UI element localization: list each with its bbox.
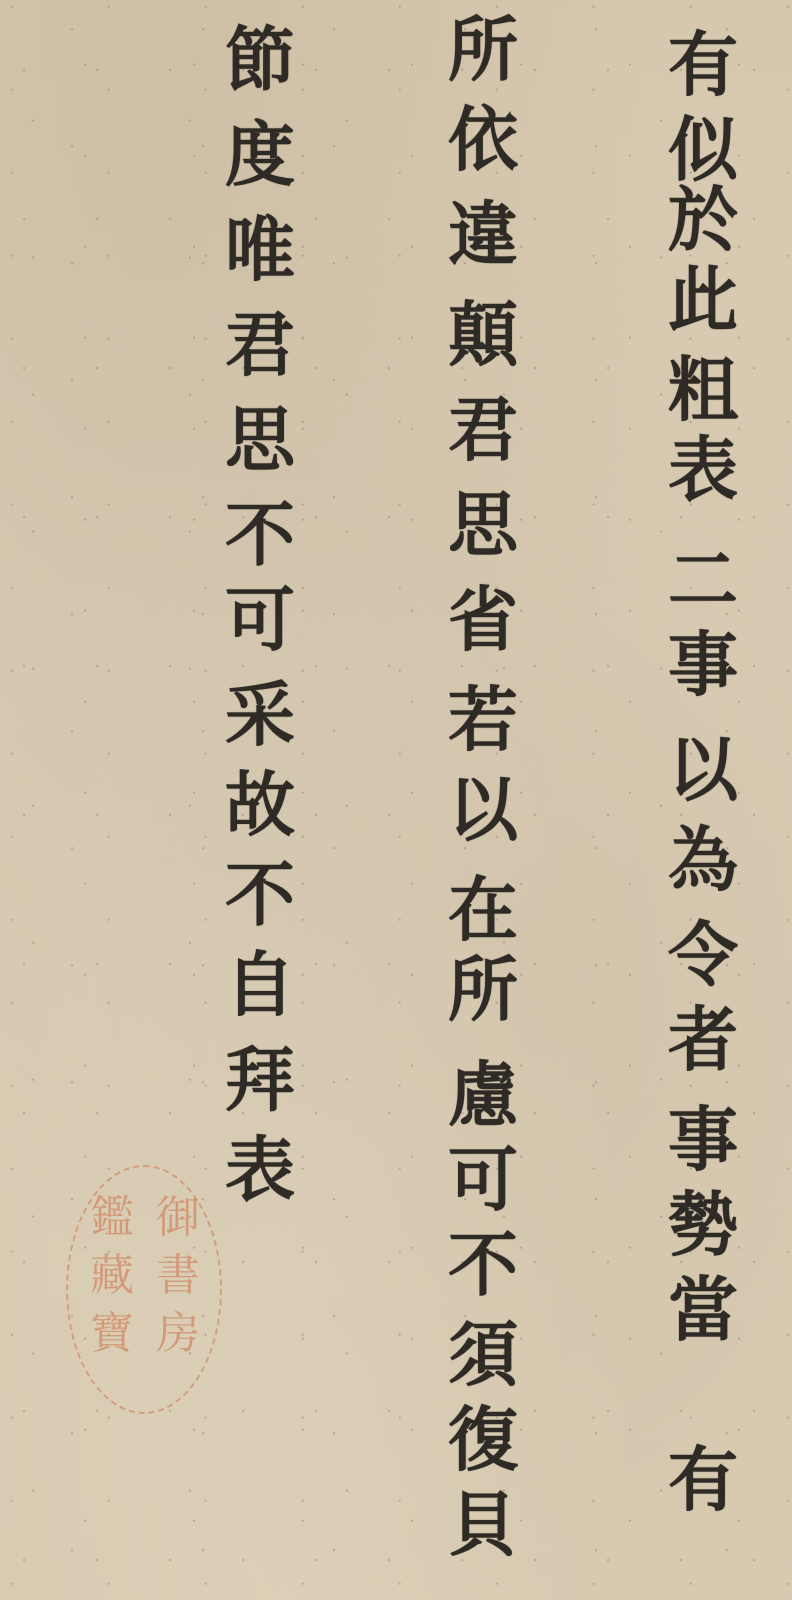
calligraphy-character: 當 — [648, 1270, 758, 1350]
calligraphy-character: 事 — [648, 625, 758, 705]
seal-character: 書 — [156, 1247, 200, 1305]
calligraphy-character: 不 — [428, 1225, 538, 1305]
calligraphy-character: 表 — [205, 1130, 315, 1210]
calligraphy-character: 節 — [205, 20, 315, 100]
calligraphy-character: 思 — [205, 400, 315, 480]
calligraphy-character: 省 — [428, 580, 538, 660]
calligraphy-character: 拜 — [205, 1040, 315, 1120]
calligraphy-character: 貝 — [428, 1485, 538, 1565]
calligraphy-character: 度 — [205, 115, 315, 195]
seal-character: 寶 — [90, 1305, 134, 1363]
calligraphy-character: 有 — [648, 25, 758, 105]
calligraphy-character: 故 — [205, 765, 315, 845]
calligraphy-character: 可 — [428, 1140, 538, 1220]
calligraphy-character: 須 — [428, 1315, 538, 1395]
calligraphy-character: 以 — [648, 730, 758, 810]
calligraphy-character: 君 — [205, 305, 315, 385]
calligraphy-character: 君 — [428, 390, 538, 470]
calligraphy-character: 以 — [428, 770, 538, 850]
calligraphy-column-middle: 所依違顛君思省若以在所慮可不須復貝 — [428, 0, 538, 1600]
calligraphy-character: 二 — [648, 540, 758, 620]
calligraphy-character: 自 — [205, 945, 315, 1025]
calligraphy-character: 所 — [428, 950, 538, 1030]
seal-character: 房 — [156, 1305, 200, 1363]
calligraphy-character: 者 — [648, 1000, 758, 1080]
calligraphy-character: 顛 — [428, 295, 538, 375]
calligraphy-character: 若 — [428, 680, 538, 760]
calligraphy-character: 粗 — [648, 350, 758, 430]
calligraphy-character: 此 — [648, 260, 758, 340]
seal-left-column: 鑑藏寶 — [82, 1189, 142, 1363]
calligraphy-character: 表 — [648, 430, 758, 510]
calligraphy-character: 慮 — [428, 1055, 538, 1135]
calligraphy-character: 采 — [205, 675, 315, 755]
calligraphy-character: 事 — [648, 1100, 758, 1180]
calligraphy-column-right: 有似於此粗表二事以為令者事勢當有 — [648, 0, 758, 1600]
calligraphy-character: 思 — [428, 485, 538, 565]
calligraphy-character: 於 — [648, 180, 758, 260]
collector-seal: 御書房 鑑藏寶 — [66, 1165, 222, 1414]
calligraphy-character: 不 — [205, 855, 315, 935]
calligraphy-character: 可 — [205, 580, 315, 660]
calligraphy-character: 不 — [205, 495, 315, 575]
seal-character: 御 — [156, 1189, 200, 1247]
calligraphy-character: 所 — [428, 10, 538, 90]
calligraphy-character: 在 — [428, 870, 538, 950]
calligraphy-character: 令 — [648, 915, 758, 995]
calligraphy-character: 為 — [648, 820, 758, 900]
calligraphy-character: 復 — [428, 1400, 538, 1480]
seal-right-column: 御書房 — [148, 1189, 208, 1363]
calligraphy-character: 違 — [428, 195, 538, 275]
calligraphy-character: 唯 — [205, 210, 315, 290]
calligraphy-column-left: 節度唯君思不可采故不自拜表 — [205, 0, 315, 1600]
calligraphy-character: 有 — [648, 1440, 758, 1520]
calligraphy-character: 勢 — [648, 1185, 758, 1265]
seal-character: 鑑 — [90, 1189, 134, 1247]
calligraphy-character: 依 — [428, 100, 538, 180]
seal-character: 藏 — [90, 1247, 134, 1305]
